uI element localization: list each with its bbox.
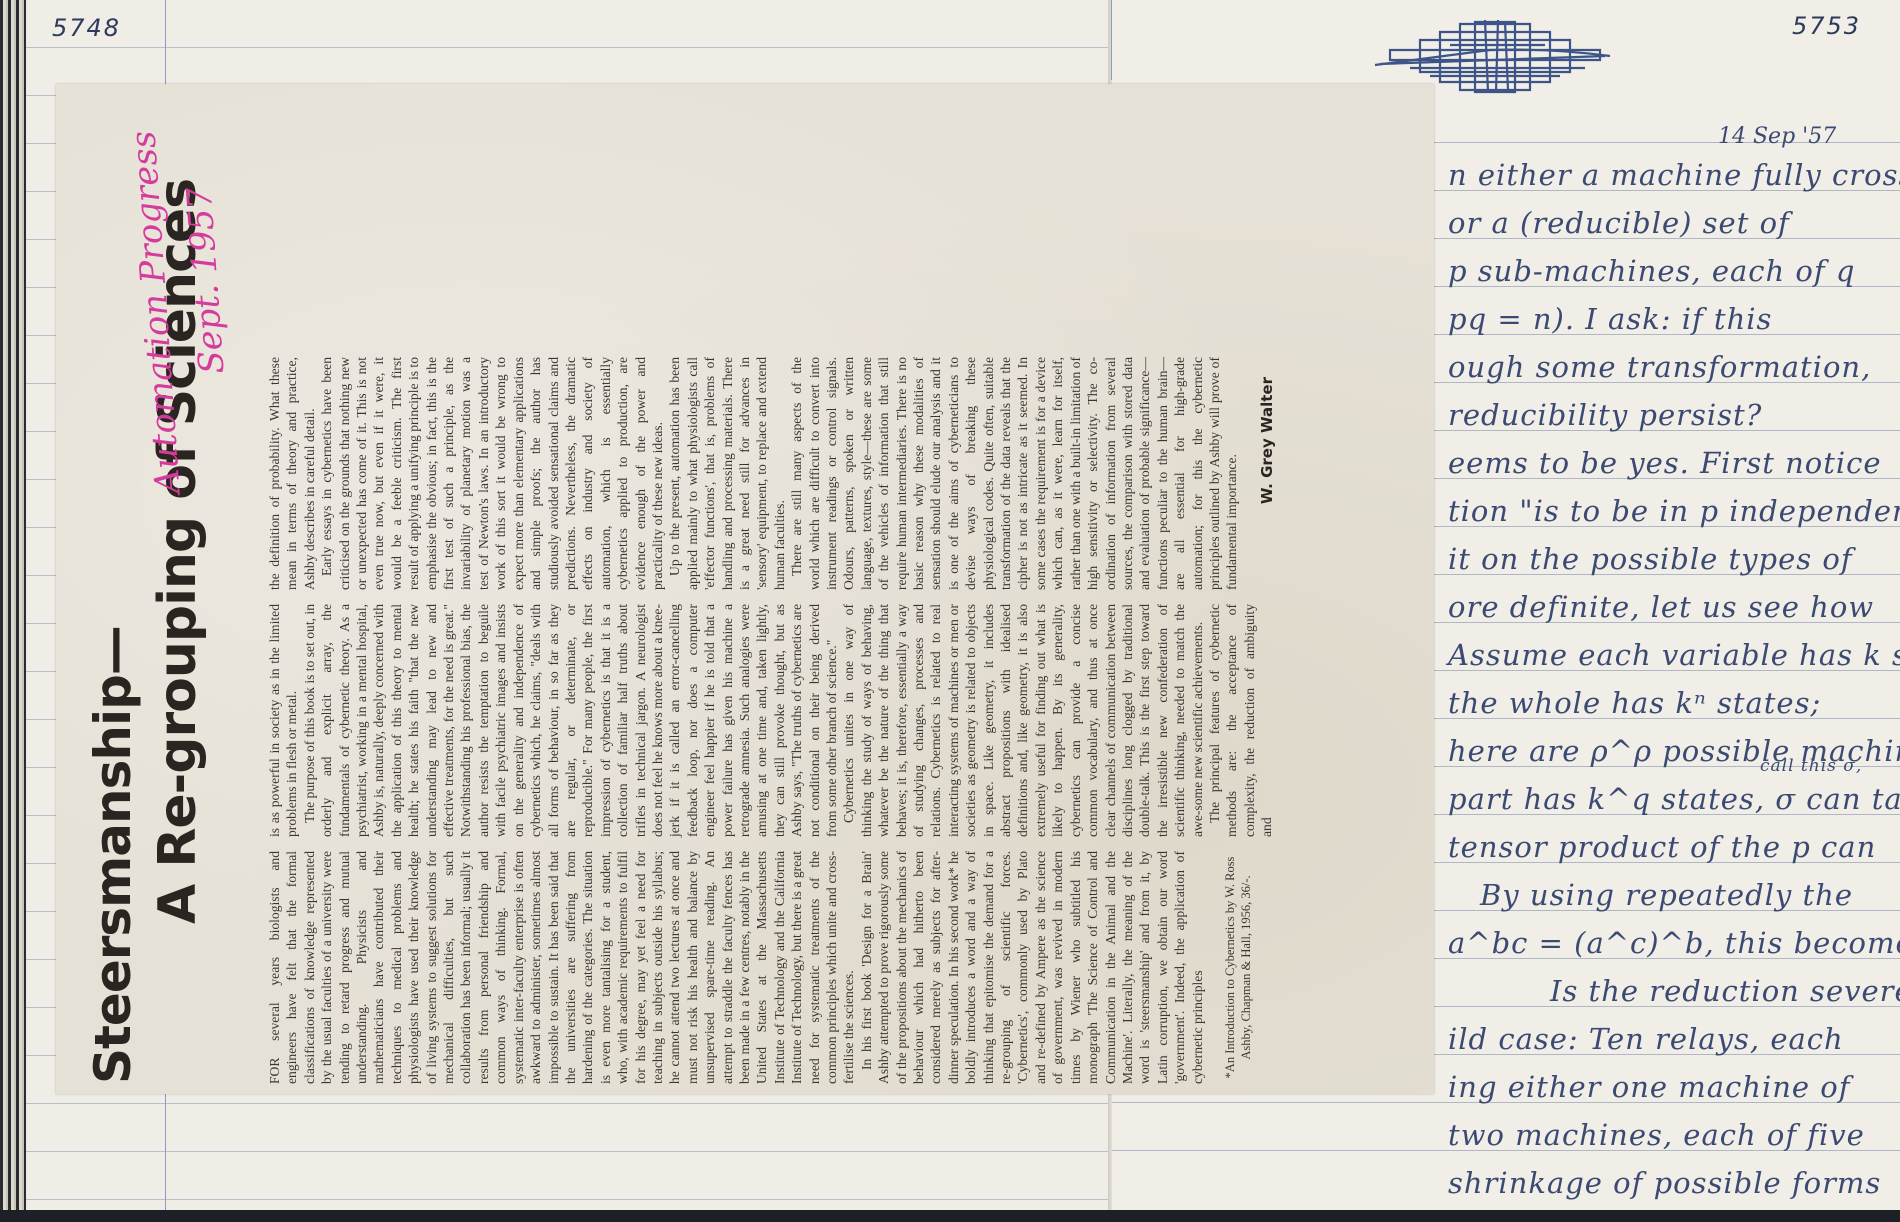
note-line: ing either one machine of — [1448, 1070, 1851, 1104]
note-line: part has k^q states, σ can take — [1448, 782, 1900, 816]
article-paragraph: FOR several years biologists and enginee… — [266, 851, 858, 1084]
note-date: 14 Sep '57 — [1718, 124, 1836, 149]
right-page-number: 5753 — [1792, 12, 1861, 40]
article-footnote: *An Introduction to Cybernetics by W. Ro… — [1222, 851, 1254, 1084]
note-line: the whole has kⁿ states; — [1448, 686, 1821, 720]
page-stack-edge — [0, 0, 26, 1210]
note-line: tensor product of the p can — [1448, 830, 1876, 864]
article-paragraph: the definition of probability. What thes… — [266, 357, 318, 590]
margin-line — [1111, 0, 1112, 80]
left-page-number: 5748 — [52, 14, 121, 42]
article-paragraph: is as powerful in society as in the limi… — [266, 604, 301, 837]
note-line: ild case: Ten relays, each — [1448, 1022, 1844, 1056]
margin-line — [165, 0, 166, 84]
note-line: it on the possible types of — [1448, 542, 1853, 576]
notebook-spread: 5748 5753 Steersmanship— A Re-grouping o… — [0, 0, 1900, 1210]
article-paragraph: Up to the present, automation has been a… — [666, 357, 788, 590]
note-line: two machines, each of five — [1448, 1118, 1865, 1152]
margin-line — [165, 1094, 166, 1210]
newspaper-clipping: Steersmanship— A Re-grouping of Sciences… — [56, 84, 1434, 1094]
article-paragraph: The principal features of cybernetic met… — [1206, 604, 1276, 837]
note-line: n either a machine fully cross- — [1448, 158, 1900, 192]
article-column-1: FOR several years biologists and enginee… — [266, 851, 1416, 1084]
article-column-3: the definition of probability. What thes… — [266, 357, 1416, 590]
note-line: reducibility persist? — [1448, 398, 1762, 432]
article-paragraph: There are still many aspects of the worl… — [788, 357, 1241, 590]
article-byline: W. Grey Walter — [1259, 357, 1276, 590]
note-line: Assume each variable has k states — [1448, 638, 1900, 672]
headline-line-1: Steersmanship— — [84, 626, 142, 1084]
note-line: pq = n). I ask: if this — [1448, 302, 1772, 336]
note-line: a^bc = (a^c)^b, this becomes — [1448, 926, 1900, 960]
note-line: Is the reduction severe? — [1550, 974, 1900, 1008]
note-line: By using repeatedly the — [1480, 878, 1853, 912]
article-paragraph: Cybernetics unites in one way of thinkin… — [840, 604, 1206, 837]
note-line: ore definite, let us see how — [1448, 590, 1874, 624]
article-column-2: is as powerful in society as in the limi… — [266, 604, 1416, 837]
interlinear-note: call this σ, — [1760, 756, 1862, 776]
article-columns: FOR several years biologists and enginee… — [266, 94, 1416, 1084]
clipping-rotated-content: Steersmanship— A Re-grouping of Sciences… — [56, 84, 1434, 1094]
note-line: p sub-machines, each of q — [1448, 254, 1855, 288]
article-paragraph: The purpose of this book is to set out, … — [301, 604, 841, 837]
note-line: or a (reducible) set of — [1448, 206, 1790, 240]
article-paragraph: In his first book 'Design for a Brain' A… — [858, 851, 1206, 1084]
note-line: tion "is to be in p independent — [1448, 494, 1900, 528]
article-paragraph: Early essays in cybernetics have been cr… — [318, 357, 666, 590]
note-line: eems to be yes. First notice — [1448, 446, 1882, 480]
note-line: shrinkage of possible forms — [1448, 1166, 1881, 1200]
note-line: ough some transformation, — [1448, 350, 1871, 384]
